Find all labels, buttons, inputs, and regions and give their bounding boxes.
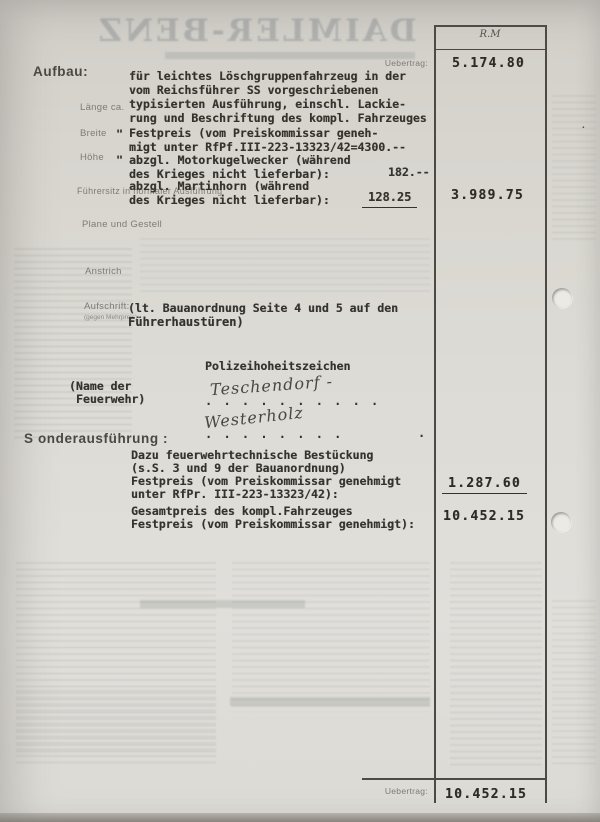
currency-header: R.M (434, 29, 546, 40)
uebertrag-label-bottom: Uebertrag: (360, 786, 428, 796)
deduction-value: 182.-- (388, 166, 430, 180)
typed-line: rung und Beschriftung des kompl. Fahrzeu… (129, 112, 427, 126)
uebertrag-value-top: 5.174.80 (452, 56, 525, 71)
typed-line: des Krieges nicht lieferbar): (129, 194, 330, 208)
ghost-text-block (552, 95, 596, 240)
ghost-mirrored-headline: DAIMLER-BENZ (96, 13, 417, 49)
uebertrag-label-top: Uebertrag: (360, 58, 428, 68)
price-column-left-line (434, 25, 436, 803)
typed-line: abzgl. Motorkugelwecker (während (129, 154, 351, 168)
price-column-header-line (434, 49, 547, 50)
typed-line: Feuerwehr) (76, 393, 145, 407)
sonder-subtotal-value: 1.287.60 (442, 476, 527, 494)
scan-speck: . (582, 120, 585, 131)
dotted-line: . . . . . . . . (205, 427, 343, 441)
ghost-text-block (14, 248, 132, 443)
price-column-top-line (434, 25, 547, 27)
label-anstrich: Anstrich (85, 266, 122, 277)
typed-line: typisierten Ausführung, einschl. Lackie- (129, 98, 406, 112)
label-breite: Breite (80, 128, 107, 139)
punch-hole (552, 288, 572, 308)
uebertrag-value-bottom: 10.452.15 (445, 787, 527, 802)
page-bottom-edge (0, 813, 600, 822)
ghost-text-block (232, 562, 430, 712)
typed-line: (lt. Bauanordnung Seite 4 und 5 auf den (128, 302, 398, 316)
label-aufbau: Aufbau: (33, 64, 88, 79)
label-laenge: Länge ca. (80, 102, 124, 113)
typed-line: abzgl. Martinhorn (während (129, 180, 309, 194)
typed-line: Festpreis (vom Preiskommissar genehmigt)… (131, 518, 415, 532)
deduction-value-underlined: 128.25 (362, 191, 417, 208)
price-column-right-line (545, 25, 547, 803)
ghost-text-block (16, 690, 216, 765)
label-plane-und-gestell: Plane und Gestell (82, 219, 162, 230)
label-sonderausfuehrung: S onderausführung : (24, 431, 168, 446)
ghost-heading-bar (140, 600, 305, 608)
typed-line: für leichtes Löschgruppenfahrzeug in der (129, 70, 406, 84)
carry-forward-line (362, 778, 547, 780)
stray-dot: . (418, 426, 427, 440)
typed-line: unter RfPr. III-223-13323/42): (131, 488, 339, 502)
label-hoehe: Höhe (80, 152, 104, 163)
ghost-text-block (140, 238, 430, 296)
punch-hole (551, 512, 571, 532)
typed-line: Führerhaustüren) (128, 316, 244, 330)
typed-line: vom Reichsführer SS vorgeschriebenen (129, 84, 378, 98)
ditto-mark: " (116, 128, 123, 142)
typed-line: Festpreis (vom Preiskommissar geneh- (129, 127, 378, 141)
scanned-document-page: DAIMLER-BENZ R.M Uebertrag: 5.174.80 3.9… (0, 0, 600, 822)
label-aufschrift: Aufschrift: (84, 301, 130, 312)
subtotal-value: 3.989.75 (451, 188, 524, 203)
ghost-text-block (450, 562, 542, 767)
ditto-mark: " (116, 154, 123, 168)
ghost-heading-bar (230, 697, 430, 706)
ghost-text-block (552, 600, 596, 765)
total-value: 10.452.15 (443, 509, 525, 524)
